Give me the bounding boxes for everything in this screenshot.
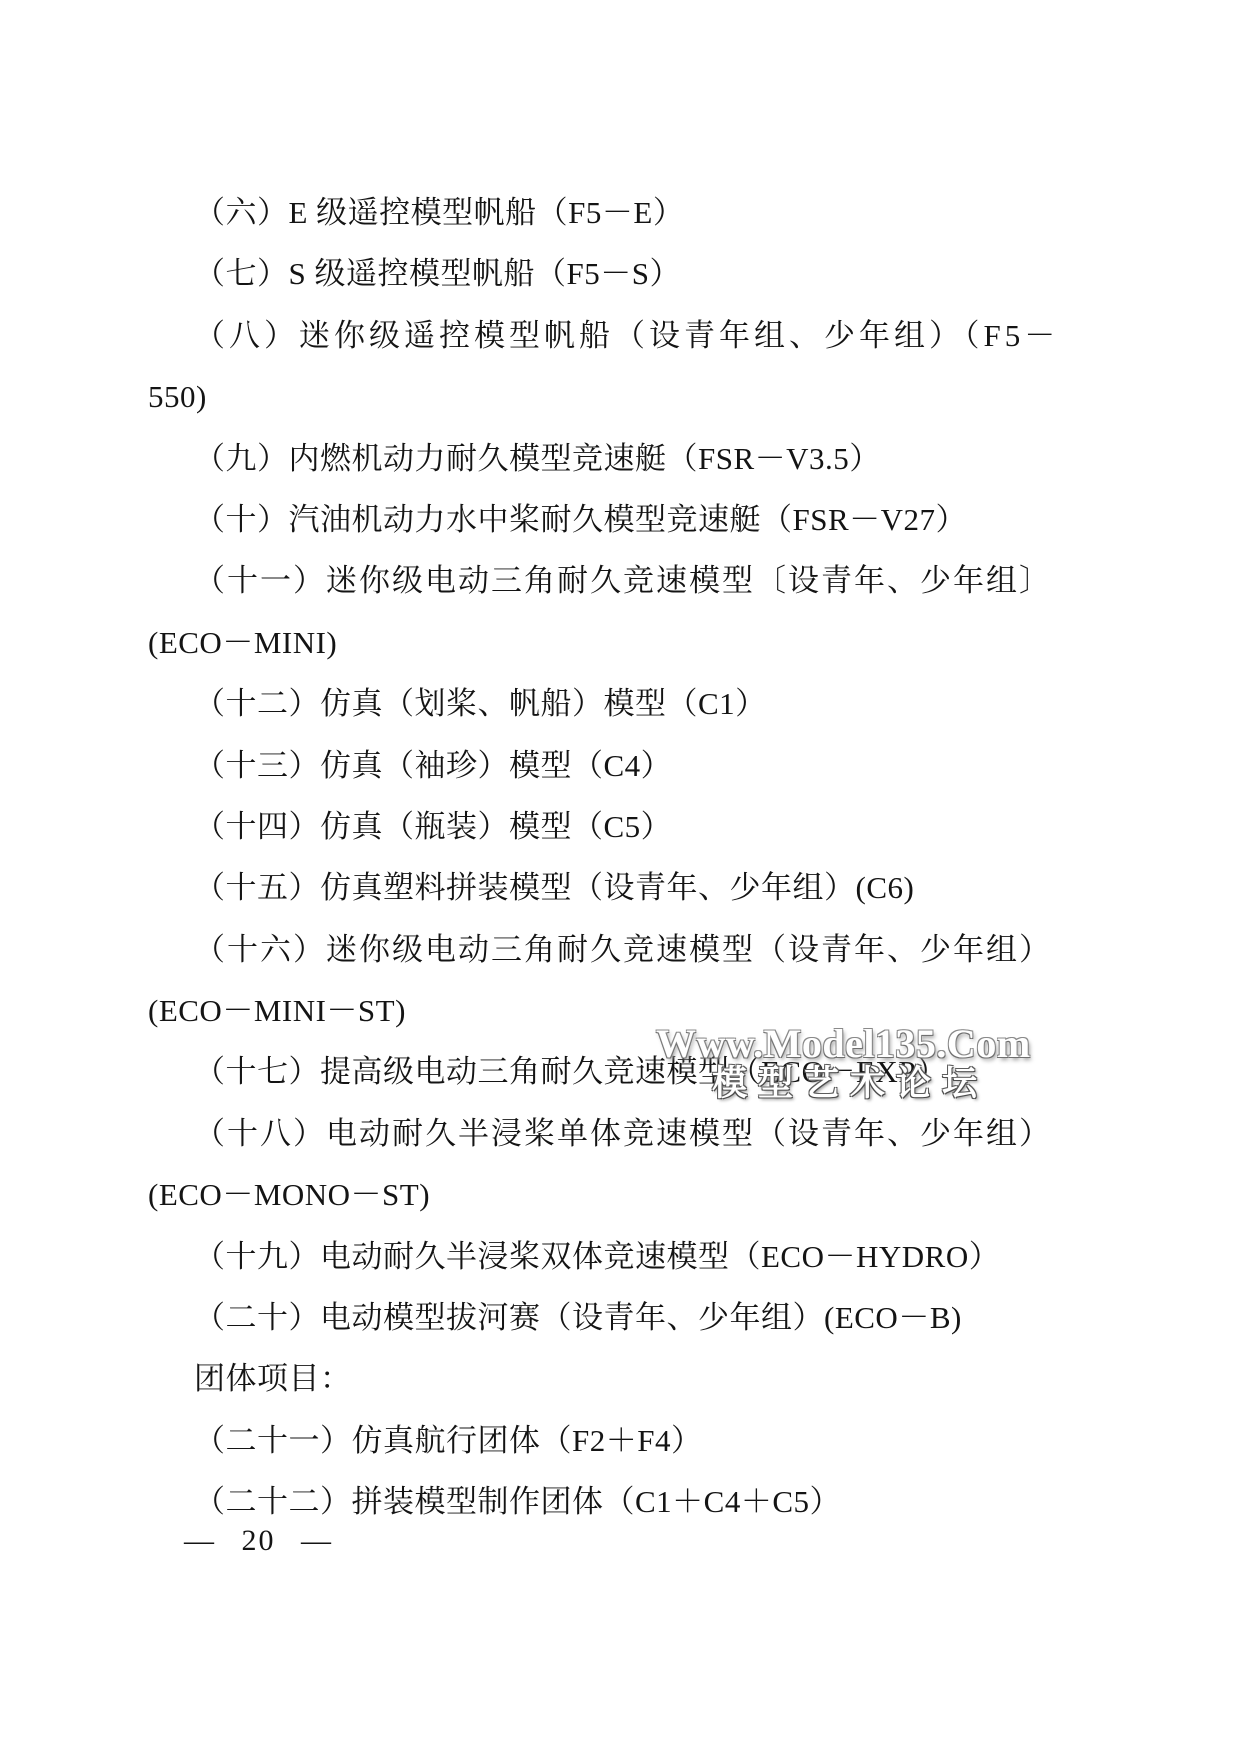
document-line: （十九）电动耐久半浸桨双体竞速模型（ECO－HYDRO）: [148, 1226, 1108, 1287]
document-line: （十）汽油机动力水中桨耐久模型竞速艇（FSR－V27）: [148, 489, 1108, 550]
document-line: (ECO－MONO－ST): [148, 1164, 1108, 1225]
document-line: 团体项目：: [148, 1348, 1108, 1409]
document-line: （七）S 级遥控模型帆船（F5－S）: [148, 243, 1108, 304]
document-line: （二十一）仿真航行团体（F2＋F4）: [148, 1410, 1108, 1471]
document-line: （十三）仿真（袖珍）模型（C4）: [148, 735, 1108, 796]
document-line: （十八）电动耐久半浸桨单体竞速模型（设青年、少年组）: [148, 1103, 1108, 1164]
document-line: （十四）仿真（瓶装）模型（C5）: [148, 796, 1108, 857]
document-line: 550): [148, 366, 1108, 427]
document-line: （十六）迷你级电动三角耐久竞速模型（设青年、少年组）: [148, 919, 1108, 980]
document-line: （六）E 级遥控模型帆船（F5－E）: [148, 182, 1108, 243]
document-line: （十五）仿真塑料拼装模型（设青年、少年组）(C6): [148, 857, 1108, 918]
page-number: — 20 —: [184, 1524, 333, 1558]
document-line: （十一）迷你级电动三角耐久竞速模型〔设青年、少年组〕: [148, 550, 1108, 611]
document-line: （二十）电动模型拔河赛（设青年、少年组）(ECO－B): [148, 1287, 1108, 1348]
text-block: （六）E 级遥控模型帆船（F5－E）（七）S 级遥控模型帆船（F5－S）（八）迷…: [148, 182, 1108, 1533]
document-line: （八）迷你级遥控模型帆船（设青年组、少年组）（F5－: [148, 305, 1108, 366]
document-line: （九）内燃机动力耐久模型竞速艇（FSR－V3.5）: [148, 428, 1108, 489]
watermark-forum: 模型艺术论坛: [712, 1056, 988, 1106]
document-line: (ECO－MINI): [148, 612, 1108, 673]
document-line: （十二）仿真（划桨、帆船）模型（C1）: [148, 673, 1108, 734]
document-page: （六）E 级遥控模型帆船（F5－E）（七）S 级遥控模型帆船（F5－S）（八）迷…: [0, 0, 1239, 1754]
